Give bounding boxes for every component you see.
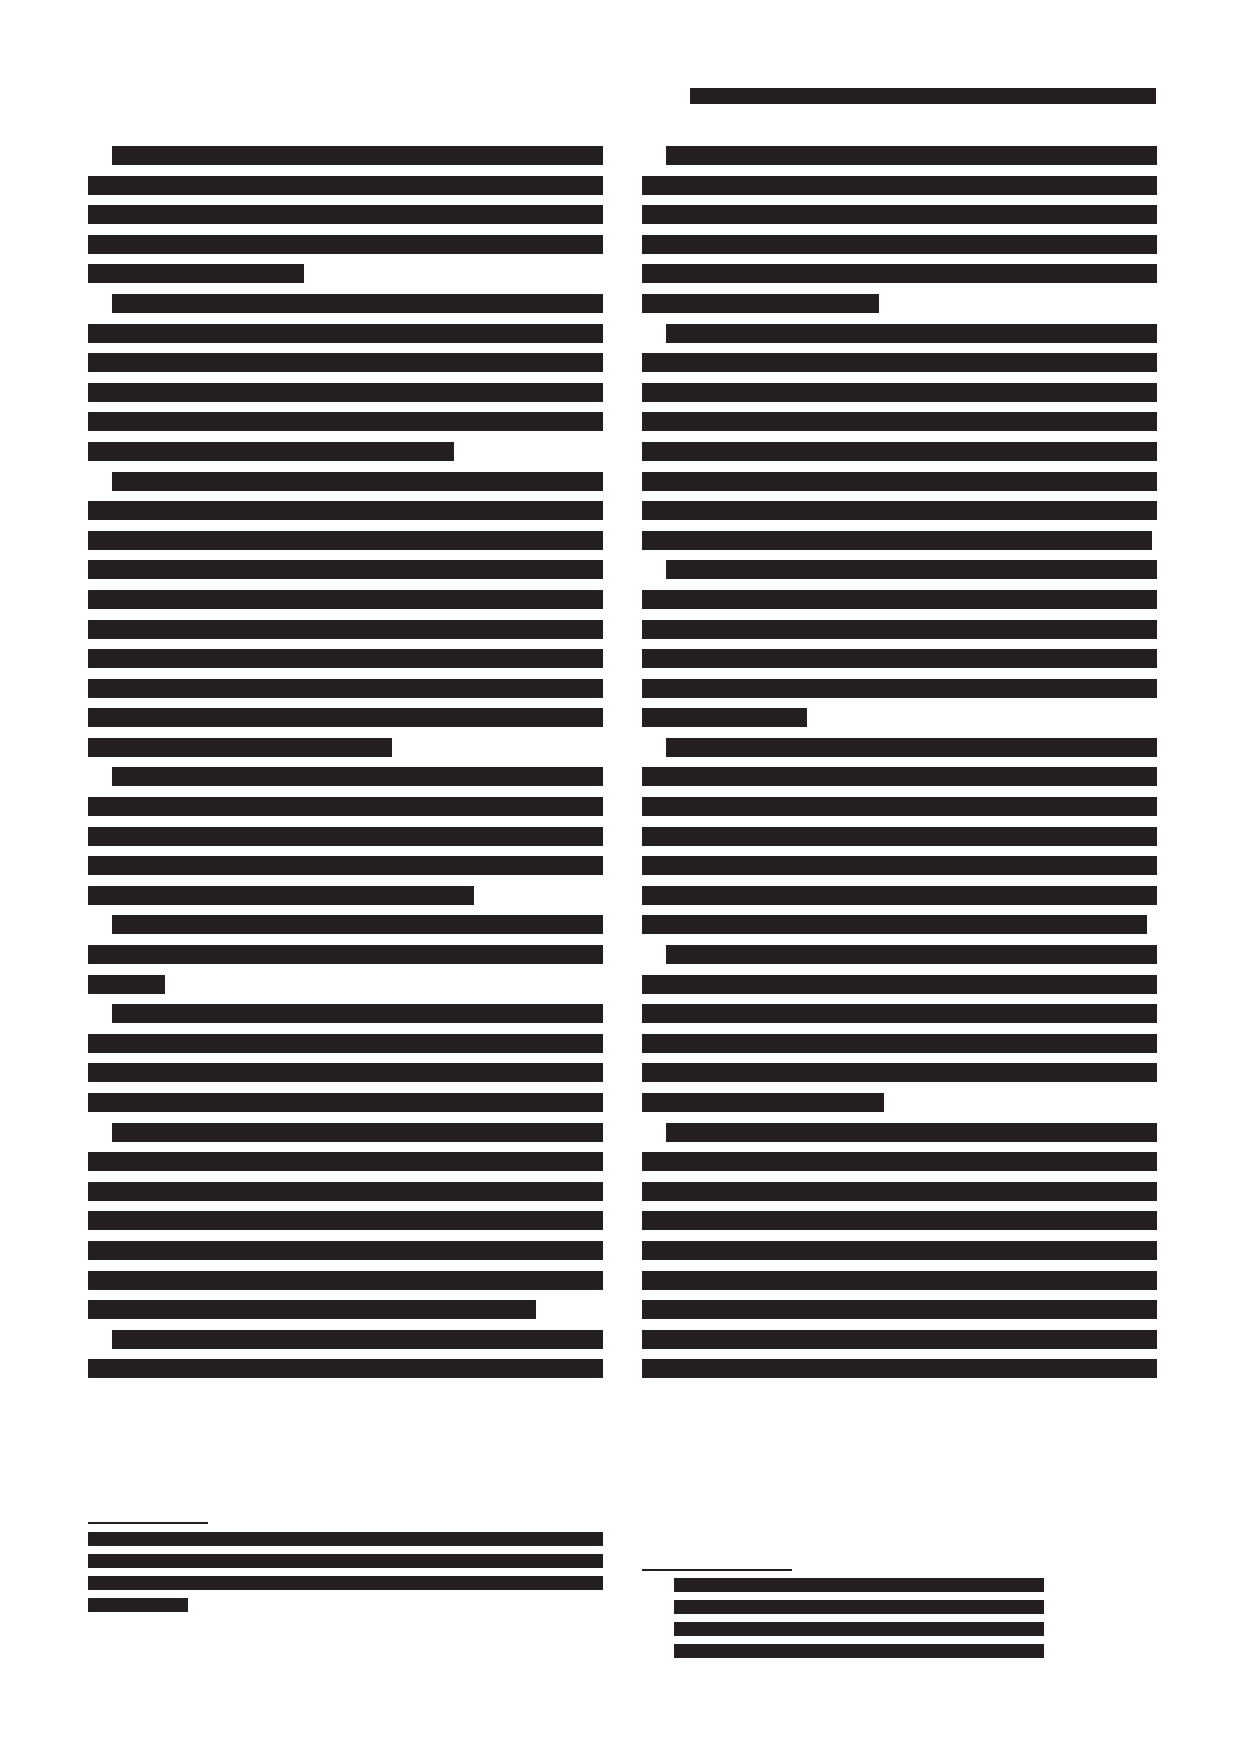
text-line — [88, 560, 603, 579]
text-line — [88, 353, 603, 372]
text-line — [642, 1359, 1157, 1378]
text-line — [112, 146, 603, 165]
text-line — [88, 1300, 536, 1319]
footnote-line — [674, 1600, 1044, 1614]
text-line — [642, 590, 1157, 609]
text-line — [642, 886, 1157, 905]
text-line — [666, 945, 1157, 964]
text-line — [112, 1330, 603, 1349]
footnote-line — [674, 1578, 1044, 1592]
text-line — [642, 827, 1157, 846]
right-column — [642, 146, 1157, 1389]
text-line — [642, 1152, 1157, 1171]
text-line — [88, 1271, 603, 1290]
text-line — [112, 472, 603, 491]
text-line — [88, 205, 603, 224]
text-line — [642, 915, 1147, 934]
text-line — [642, 975, 1157, 994]
text-line — [88, 1182, 603, 1201]
text-line — [642, 708, 807, 727]
text-line — [642, 1271, 1157, 1290]
text-line — [112, 294, 603, 313]
text-line — [88, 679, 603, 698]
text-line — [642, 1093, 884, 1112]
footnote-line — [674, 1622, 1044, 1636]
text-line — [642, 1034, 1157, 1053]
left-footnote-rule — [88, 1522, 208, 1524]
text-line — [112, 1004, 603, 1023]
text-line — [112, 767, 603, 786]
text-line — [88, 501, 603, 520]
text-line — [88, 1063, 603, 1082]
text-line — [642, 383, 1157, 402]
text-line — [642, 797, 1157, 816]
text-line — [88, 1241, 603, 1260]
text-line — [642, 412, 1157, 431]
text-line — [642, 620, 1157, 639]
text-line — [642, 1330, 1157, 1349]
right-footnote-rule — [642, 1569, 792, 1571]
text-line — [642, 501, 1157, 520]
text-line — [666, 1123, 1157, 1142]
text-line — [88, 797, 603, 816]
text-line — [88, 235, 603, 254]
text-line — [642, 294, 879, 313]
text-line — [88, 827, 603, 846]
text-line — [88, 176, 603, 195]
text-line — [642, 649, 1157, 668]
footnote-line — [88, 1554, 603, 1568]
text-line — [88, 945, 603, 964]
text-line — [88, 649, 603, 668]
text-line — [666, 738, 1157, 757]
text-line — [642, 1004, 1157, 1023]
text-line — [88, 620, 603, 639]
text-line — [88, 738, 392, 757]
text-line — [88, 324, 603, 343]
text-line — [88, 975, 165, 994]
footnote-line — [88, 1532, 603, 1546]
text-line — [642, 1182, 1157, 1201]
text-line — [88, 1359, 603, 1378]
text-line — [88, 383, 603, 402]
text-line — [112, 1123, 603, 1142]
footnote-line — [88, 1576, 603, 1590]
text-line — [88, 1093, 603, 1112]
text-line — [642, 442, 1157, 461]
text-line — [642, 1063, 1157, 1082]
text-line — [642, 176, 1157, 195]
text-line — [642, 205, 1157, 224]
running-head — [690, 88, 1156, 104]
text-line — [666, 324, 1157, 343]
text-line — [666, 560, 1157, 579]
text-line — [642, 264, 1157, 283]
text-line — [88, 856, 603, 875]
text-line — [88, 708, 603, 727]
text-line — [88, 886, 474, 905]
text-line — [88, 590, 603, 609]
text-line — [642, 1211, 1157, 1230]
text-line — [642, 679, 1157, 698]
footnote-line — [88, 1598, 188, 1612]
text-line — [642, 1300, 1157, 1319]
footnote-line — [674, 1644, 1044, 1658]
text-line — [112, 915, 603, 934]
text-line — [642, 1241, 1157, 1260]
text-line — [642, 531, 1152, 550]
text-line — [88, 442, 454, 461]
text-line — [88, 1152, 603, 1171]
text-line — [88, 1211, 603, 1230]
text-line — [642, 856, 1157, 875]
left-column — [88, 146, 603, 1389]
text-line — [642, 472, 1157, 491]
text-line — [666, 146, 1157, 165]
text-line — [88, 412, 603, 431]
text-line — [88, 531, 603, 550]
text-line — [642, 353, 1157, 372]
text-line — [88, 1034, 603, 1053]
text-line — [88, 264, 304, 283]
text-line — [642, 235, 1157, 254]
left-footnotes — [88, 1532, 603, 1620]
right-footnotes — [674, 1578, 1044, 1666]
text-line — [642, 767, 1157, 786]
